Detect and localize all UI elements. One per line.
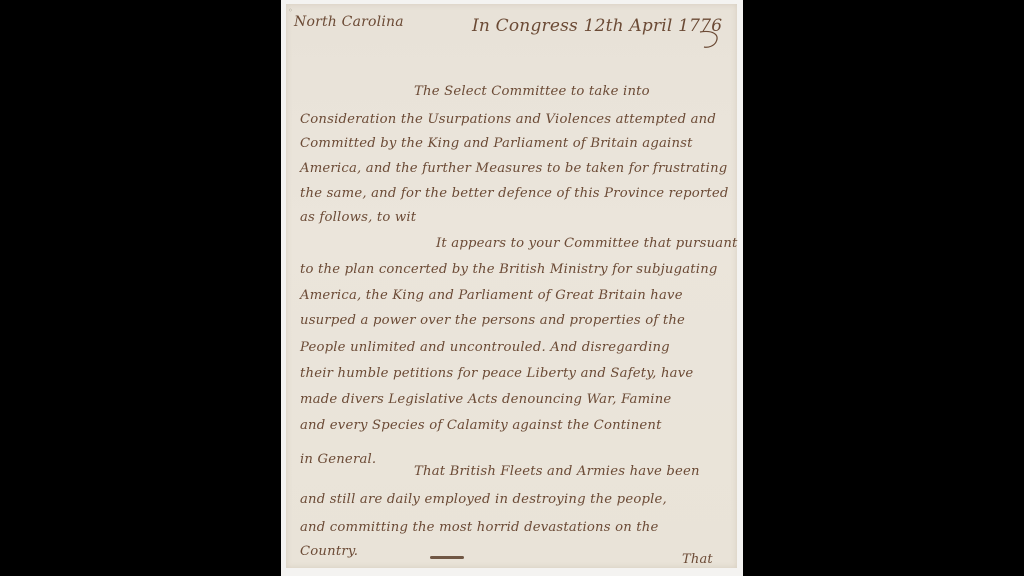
flourish-decoration	[698, 28, 722, 50]
header-location: North Carolina	[294, 14, 404, 30]
paragraph-2-line-7: made divers Legislative Acts denouncing …	[300, 392, 671, 407]
ink-rule	[430, 556, 464, 559]
paragraph-3-line-1: That British Fleets and Armies have been	[414, 464, 700, 479]
manuscript-page: ◦ North Carolina In Congress 12th April …	[286, 4, 737, 568]
paragraph-2-line-6: their humble petitions for peace Liberty…	[300, 366, 693, 381]
paragraph-3-line-3: and committing the most horrid devastati…	[300, 520, 659, 535]
header-date: In Congress 12th April 1776	[472, 16, 722, 36]
paragraph-1-line-1: The Select Committee to take into	[414, 84, 650, 99]
paragraph-2-line-4: usurped a power over the persons and pro…	[300, 313, 685, 328]
paragraph-2-line-3: America, the King and Parliament of Grea…	[300, 288, 683, 303]
catchword: That	[682, 552, 713, 567]
paragraph-2-line-1: It appears to your Committee that pursua…	[436, 236, 738, 251]
archive-stamp: ◦	[288, 6, 293, 15]
paragraph-1-line-3: Committed by the King and Parliament of …	[300, 136, 693, 151]
paragraph-2-line-8: and every Species of Calamity against th…	[300, 418, 662, 433]
paragraph-1-line-5: the same, and for the better defence of …	[300, 186, 729, 201]
paragraph-3-line-4: Country.	[300, 544, 358, 559]
paragraph-2-line-5: People unlimited and uncontrouled. And d…	[300, 340, 670, 355]
paragraph-1-line-4: America, and the further Measures to be …	[300, 161, 727, 176]
image-viewer: ◦ North Carolina In Congress 12th April …	[0, 0, 1024, 576]
paragraph-2-line-2: to the plan concerted by the British Min…	[300, 262, 718, 277]
paragraph-2-line-9: in General.	[300, 452, 376, 467]
paragraph-1-line-6: as follows, to wit	[300, 210, 416, 225]
paragraph-1-line-2: Consideration the Usurpations and Violen…	[300, 112, 716, 127]
paragraph-3-line-2: and still are daily employed in destroyi…	[300, 492, 667, 507]
